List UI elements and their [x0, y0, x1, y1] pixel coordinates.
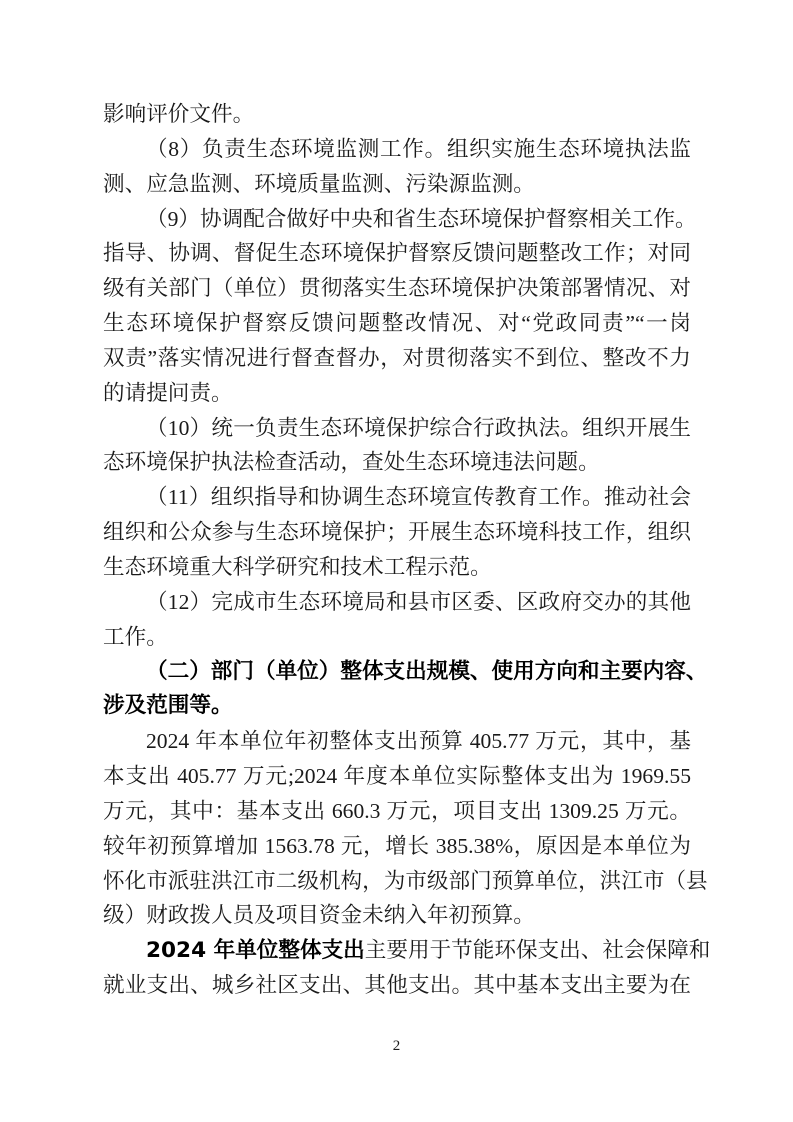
document-page: 影响评价文件。 （8）负责生态环境监测工作。组织实施生态环境执法监 测、应急监测…	[0, 0, 793, 1122]
text-line-19: 2024 年本单位年初整体支出预算 405.77 万元，其中，基	[103, 724, 691, 759]
text-line-14: 生态环境重大科学研究和技术工程示范。	[103, 550, 691, 585]
text-line-16: 工作。	[103, 620, 691, 655]
text-line-24: 级）财政拨人员及项目资金未纳入年初预算。	[103, 898, 691, 933]
text-line-25: 2024 年单位整体支出主要用于节能环保支出、社会保障和	[103, 933, 691, 968]
text-line-9: 的请提问责。	[103, 376, 691, 411]
text-line-1: 影响评价文件。	[103, 97, 691, 132]
text-line-3: 测、应急监测、环境质量监测、污染源监测。	[103, 167, 691, 202]
text-line-21: 万元，其中：基本支出 660.3 万元，项目支出 1309.25 万元。	[103, 794, 691, 829]
bold-lead-text: 2024 年单位整体支出	[146, 938, 365, 963]
text-line-8: 双责”落实情况进行督查督办，对贯彻落实不到位、整改不力	[103, 341, 691, 376]
text-line-11: 态环境保护执法检查活动，查处生态环境违法问题。	[103, 445, 691, 480]
text-line-15: （12）完成市生态环境局和县市区委、区政府交办的其他	[103, 585, 691, 620]
text-line-6: 级有关部门（单位）贯彻落实生态环境保护决策部署情况、对	[103, 271, 691, 306]
text-line-20: 本支出 405.77 万元;2024 年度本单位实际整体支出为 1969.55	[103, 759, 691, 794]
text-line-23: 怀化市派驻洪江市二级机构，为市级部门预算单位，洪江市（县	[103, 864, 691, 899]
text-line-4: （9）协调配合做好中央和省生态环境保护督察相关工作。	[103, 202, 691, 237]
text-line-25-rest: 主要用于节能环保支出、社会保障和	[365, 938, 711, 962]
text-line-22: 较年初预算增加 1563.78 元，增长 385.38%，原因是本单位为	[103, 829, 691, 864]
document-body: 影响评价文件。 （8）负责生态环境监测工作。组织实施生态环境执法监 测、应急监测…	[103, 97, 691, 1003]
section-heading-line-2: 涉及范围等。	[103, 689, 691, 724]
text-line-5: 指导、协调、督促生态环境保护督察反馈问题整改工作；对同	[103, 236, 691, 271]
text-line-7: 生态环境保护督察反馈问题整改情况、对“党政同责”“一岗	[103, 306, 691, 341]
text-line-26: 就业支出、城乡社区支出、其他支出。其中基本支出主要为在	[103, 968, 691, 1003]
text-line-2: （8）负责生态环境监测工作。组织实施生态环境执法监	[103, 132, 691, 167]
text-line-12: （11）组织指导和协调生态环境宣传教育工作。推动社会	[103, 480, 691, 515]
page-number: 2	[0, 1038, 793, 1055]
section-heading-line-1: （二）部门（单位）整体支出规模、使用方向和主要内容、	[103, 655, 691, 690]
text-line-10: （10）统一负责生态环境保护综合行政执法。组织开展生	[103, 411, 691, 446]
text-line-13: 组织和公众参与生态环境保护；开展生态环境科技工作，组织	[103, 515, 691, 550]
